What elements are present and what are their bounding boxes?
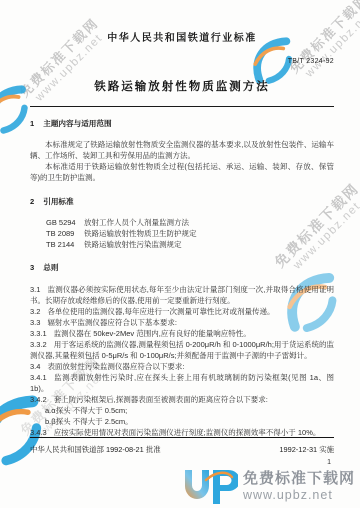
clause-3-3-2: 3.3.2用于客运系统的监测仪器,测量程须包括 0-200μR/h 和 0-10… xyxy=(30,339,334,361)
clause-number: 3.4.1 xyxy=(30,373,47,382)
reference-name: 铁路运输放射性污染监测规定 xyxy=(84,240,182,249)
clause-text: 辐射水平监测仪器应符合以下基本要求: xyxy=(47,318,177,327)
clause-text: 监测仪器必须按实际使用状态,每年至少由法定计量部门刻度一次,并取得合格使用证明书… xyxy=(30,285,334,305)
clause-number: 3.4.3 xyxy=(30,428,47,437)
clause-number: 3.3.2 xyxy=(30,340,47,349)
standard-document-page: 免费标准下载网 www.upbz.net 免费标准下载网 www.upbz.ne… xyxy=(0,0,360,508)
standard-code: TB/T 2324-92 xyxy=(30,58,334,65)
reference-name: 放射工作人员个人剂量监测方法 xyxy=(84,218,189,227)
clause-number: 3.1 xyxy=(30,285,40,294)
clause-3-3: 3.3辐射水平监测仪器应符合以下基本要求: xyxy=(30,317,334,328)
reference-code: GB 5294 xyxy=(46,217,76,228)
clause-3-4-2-item-a: a.α探头 不得大于 0.5cm; xyxy=(30,405,334,416)
clause-3-4: 3.4表面放射性污染监测仪器应符合以下要求: xyxy=(30,361,334,372)
document-footer: 中华人民共和国铁道部 1992-08-21 批准 1992-12-31 实施 xyxy=(30,437,334,455)
section-number: 3 xyxy=(30,263,34,272)
section-number: 2 xyxy=(30,197,34,206)
reference-code: TB 2144 xyxy=(46,239,76,250)
up-logo-icon xyxy=(178,465,238,507)
clause-text: 表面放射性污染监测仪器应符合以下要求: xyxy=(47,362,184,371)
clause-text: 监测表面放射性污染时,应在探头上套上用有机玻璃制的防污染框架(见图 1a、图 1… xyxy=(30,373,334,393)
brand-text: 免费标准下载网 www.upbz.net xyxy=(243,471,355,502)
reference-list: GB 5294放射工作人员个人剂量监测方法 TB 2089铁路运输放射性物质卫生… xyxy=(30,217,334,250)
approval-text: 中华人民共和国铁道部 1992-08-21 批准 xyxy=(30,444,161,455)
reference-item: TB 2144铁路运输放射性污染监测规定 xyxy=(30,239,334,250)
effective-text: 1992-12-31 实施 xyxy=(279,444,334,455)
reference-item: TB 2089铁路运输放射性物质卫生防护规定 xyxy=(30,228,334,239)
section-title: 引用标准 xyxy=(43,197,73,206)
title-divider xyxy=(30,106,334,107)
clause-3-2: 3.2各单位使用的监测仪器,每年应进行一次测量可靠性比对或剂量传递。 xyxy=(30,306,334,317)
reference-name: 铁路运输放射性物质卫生防护规定 xyxy=(84,229,197,238)
section-2-heading: 2引用标准 xyxy=(30,196,334,207)
brand-site-url: www.upbz.net xyxy=(243,488,355,502)
clause-text: 应按实际使用情况对表面污染监测仪进行刻度;监测仪的探测效率不得小于 10%。 xyxy=(54,428,321,437)
clause-list: 3.1监测仪器必须按实际使用状态,每年至少由法定计量部门刻度一次,并取得合格使用… xyxy=(30,284,334,438)
clause-number: 3.3.1 xyxy=(30,329,47,338)
section-title: 主题内容与适用范围 xyxy=(43,119,111,128)
section-3-heading: 3总则 xyxy=(30,262,334,273)
clause-text: 套上防污染框架后,探测器表面至被测表面的距离应符合以下要求: xyxy=(54,395,268,404)
section-1-heading: 1主题内容与适用范围 xyxy=(30,118,334,129)
clause-text: 用于客运系统的监测仪器,测量程须包括 0-200μR/h 和 0-1000μR/… xyxy=(30,340,334,360)
clause-text: 监测仪器在 50kev-2Mev 范围内,应有良好的能量响应特性。 xyxy=(54,329,251,338)
page-title: 铁路运输放射性物质监测方法 xyxy=(30,78,334,94)
section-title: 总则 xyxy=(43,263,58,272)
document-content: 中华人民共和国铁道行业标准 TB/T 2324-92 铁路运输放射性物质监测方法… xyxy=(30,0,334,438)
clause-3-4-1: 3.4.1监测表面放射性污染时,应在探头上套上用有机玻璃制的防污染框架(见图 1… xyxy=(30,372,334,394)
clause-number: 3.2 xyxy=(30,307,40,316)
reference-code: TB 2089 xyxy=(46,228,76,239)
upbz-brand-logo: 免费标准下载网 www.upbz.net xyxy=(178,465,355,507)
section-1-paragraph: 本标准规定了铁路运输放射性物质安全监测仪器的基本要求,以及放射性包装件、运输车辆… xyxy=(30,139,334,161)
clause-number: 3.4.2 xyxy=(30,395,47,404)
section-1-paragraph: 本标准适用于铁路运输放射性物质全过程(包括托运、承运、运输、装卸、存放、保管等)… xyxy=(30,161,334,183)
clause-number: 3.4 xyxy=(30,362,40,371)
clause-number: 3.3 xyxy=(30,318,40,327)
clause-text: 各单位使用的监测仪器,每年应进行一次测量可靠性比对或剂量传递。 xyxy=(47,307,274,316)
clause-3-1: 3.1监测仪器必须按实际使用状态,每年至少由法定计量部门刻度一次,并取得合格使用… xyxy=(30,284,334,306)
clause-3-4-2: 3.4.2套上防污染框架后,探测器表面至被测表面的距离应符合以下要求: xyxy=(30,394,334,405)
reference-item: GB 5294放射工作人员个人剂量监测方法 xyxy=(30,217,334,228)
clause-3-3-1: 3.3.1监测仪器在 50kev-2Mev 范围内,应有良好的能量响应特性。 xyxy=(30,328,334,339)
standard-org-line: 中华人民共和国铁道行业标准 xyxy=(30,29,334,44)
section-number: 1 xyxy=(30,119,34,128)
brand-site-name: 免费标准下载网 xyxy=(243,471,355,488)
clause-3-4-2-item-b: b.β探头 不得大于 2.5cm。 xyxy=(30,416,334,427)
